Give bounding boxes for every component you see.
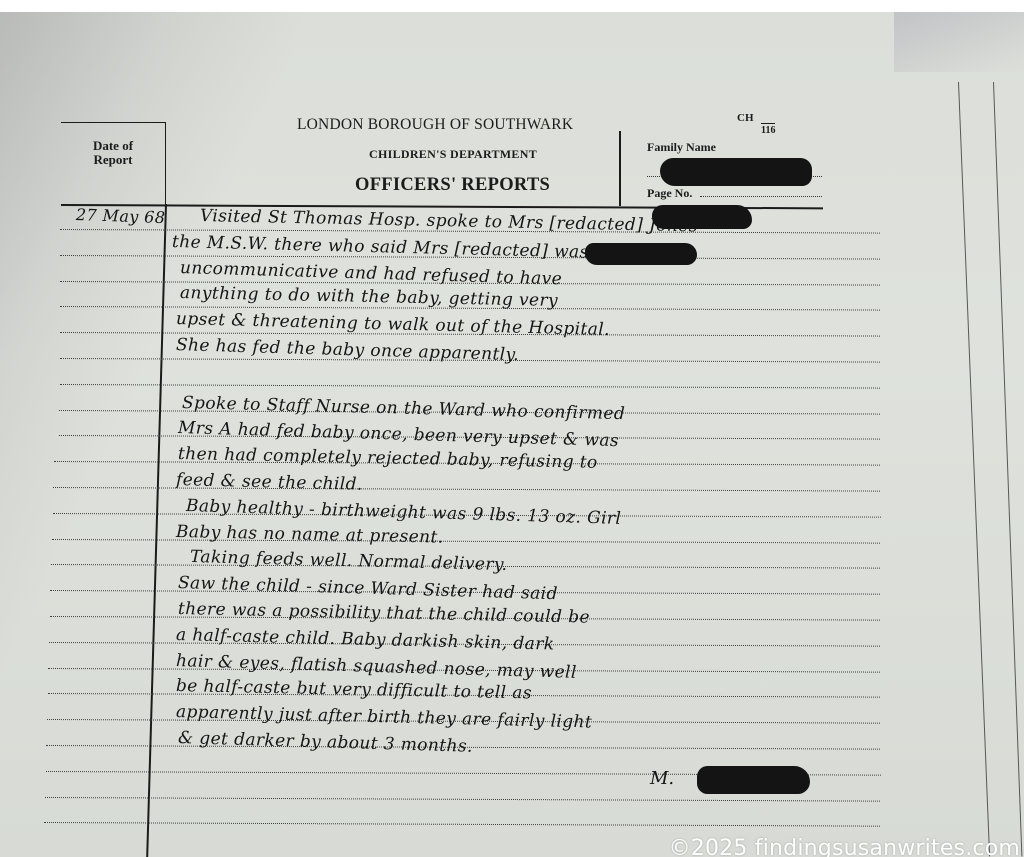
family-name-redaction [660,158,812,186]
paper-fold-shadow [894,12,1024,72]
name-redaction [652,205,752,229]
name-redaction [585,243,697,265]
date-of-report-label: Date of Report [83,139,143,167]
form-code-number: 116 [761,123,775,136]
family-name-label: Family Name [647,140,716,155]
page-no-label: Page No. [647,186,692,201]
copyright-watermark: ©2025 findingsusanwrites.com [669,836,1020,857]
form-code-prefix: CH [737,112,754,124]
borough-title: LONDON BOROUGH OF SOUTHWARK [297,116,573,134]
signature-initial: M. [650,768,674,789]
report-title: OFFICERS' REPORTS [355,175,550,196]
header-divider [619,131,621,206]
department-title: CHILDREN'S DEPARTMENT [369,147,537,162]
date-of-report-header: Date of Report [61,122,166,205]
entry-date: 27 May 68 [76,205,166,227]
page-no-field [700,196,822,197]
signature-redaction [697,766,810,794]
